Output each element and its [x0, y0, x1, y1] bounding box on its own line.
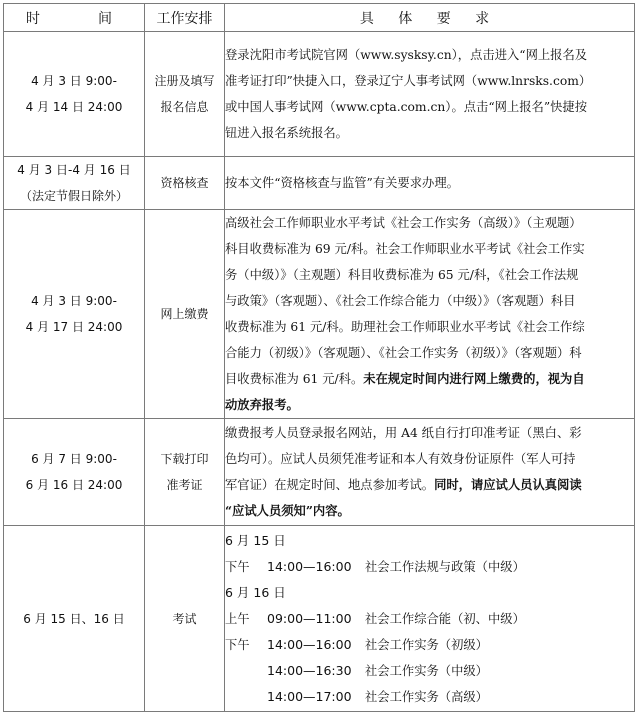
- details-cell: 缴费报考人员登录报名网站，用 A4 纸自行打印准考证（黑白、彩 色均可）。应试人…: [225, 419, 635, 526]
- time-cell: 4 月 3 日 9:00- 4 月 17 日 24:00: [4, 210, 145, 419]
- details-notice-text: “应试人员须知”内容。: [225, 498, 634, 524]
- time-line: 4 月 3 日-4 月 16 日: [4, 157, 144, 183]
- details-line: 军官证）在规定时间、地点参加考试。同时，请应试人员认真阅读: [225, 472, 634, 498]
- time-line: 6 月 15 日、16 日: [4, 606, 144, 632]
- header-details: 具 体 要 求: [225, 4, 635, 32]
- details-text: 目收费标准为 61 元/科。: [225, 372, 363, 386]
- table-row: 4 月 3 日 9:00- 4 月 14 日 24:00 注册及填写 报名信息 …: [4, 32, 635, 157]
- exam-subject: 社会工作实务（中级）: [365, 658, 488, 684]
- time-cell: 6 月 7 日 9:00- 6 月 16 日 24:00: [4, 419, 145, 526]
- details-line: 务（中级）》（主观题）科目收费标准为 65 元/科，《社会工作法规: [225, 262, 634, 288]
- exam-period: [225, 684, 267, 710]
- task-line: 资格核查: [145, 170, 224, 196]
- exam-time: 14:00—16:30: [267, 658, 365, 684]
- exam-session: 下午 14:00—16:00 社会工作实务（初级）: [225, 632, 634, 658]
- exam-period: [225, 658, 267, 684]
- header-time-label: 时 间: [26, 11, 122, 27]
- details-line: 或中国人事考试网（www.cpta.com.cn）。点击“网上报名”快捷按: [225, 94, 634, 120]
- exam-time: 14:00—17:00: [267, 684, 365, 710]
- exam-schedule-cell: 6 月 15 日 下午 14:00—16:00 社会工作法规与政策（中级） 6 …: [225, 526, 635, 712]
- details-cell: 高级社会工作师职业水平考试《社会工作实务（高级）》（主观题） 科目收费标准为 6…: [225, 210, 635, 419]
- task-cell: 注册及填写 报名信息: [145, 32, 225, 157]
- time-line: 6 月 16 日 24:00: [4, 472, 144, 498]
- exam-session: 14:00—16:30 社会工作实务（中级）: [225, 658, 634, 684]
- exam-subject: 社会工作法规与政策（中级）: [365, 554, 525, 580]
- task-cell: 网上缴费: [145, 210, 225, 419]
- header-details-label: 具 体 要 求: [360, 11, 499, 27]
- time-line: 4 月 3 日 9:00-: [4, 68, 144, 94]
- exam-subject: 社会工作综合能（初、中级）: [365, 606, 525, 632]
- task-line: 注册及填写: [145, 68, 224, 94]
- exam-time: 14:00—16:00: [267, 554, 365, 580]
- task-line: 下载打印: [145, 446, 224, 472]
- time-line: 4 月 17 日 24:00: [4, 314, 144, 340]
- header-task-label: 工作安排: [157, 11, 213, 27]
- time-line: （法定节假日除外）: [4, 183, 144, 209]
- details-line: 钮进入报名系统报名。: [225, 120, 634, 146]
- exam-session: 14:00—17:00 社会工作实务（高级）: [225, 684, 634, 710]
- details-line: 合能力（初级）》（客观题）、《社会工作实务（初级）》（客观题）科: [225, 340, 634, 366]
- task-line: 网上缴费: [145, 301, 224, 327]
- details-line: 缴费报考人员登录报名网站，用 A4 纸自行打印准考证（黑白、彩: [225, 420, 634, 446]
- task-line: 考试: [145, 606, 224, 632]
- exam-session: 上午 09:00—11:00 社会工作综合能（初、中级）: [225, 606, 634, 632]
- details-line: 收费标准为 61 元/科。助理社会工作师职业水平考试《社会工作综: [225, 314, 634, 340]
- details-line: 登录沈阳市考试院官网（www.sysksy.cn），点击进入“网上报名及: [225, 42, 634, 68]
- details-cell: 登录沈阳市考试院官网（www.sysksy.cn），点击进入“网上报名及 准考证…: [225, 32, 635, 157]
- details-line: 高级社会工作师职业水平考试《社会工作实务（高级）》（主观题）: [225, 210, 634, 236]
- task-line: 准考证: [145, 472, 224, 498]
- table-row: 4 月 3 日 9:00- 4 月 17 日 24:00 网上缴费 高级社会工作…: [4, 210, 635, 419]
- exam-date: 6 月 15 日: [225, 528, 634, 554]
- table-row: 6 月 7 日 9:00- 6 月 16 日 24:00 下载打印 准考证 缴费…: [4, 419, 635, 526]
- header-task: 工作安排: [145, 4, 225, 32]
- details-text: 军官证）在规定时间、地点参加考试。: [225, 478, 434, 492]
- exam-period: 下午: [225, 632, 267, 658]
- details-cell: 按本文件“资格核查与监管”有关要求办理。: [225, 157, 635, 210]
- table-row: 6 月 15 日、16 日 考试 6 月 15 日 下午 14:00—16:00…: [4, 526, 635, 712]
- exam-schedule-table: 时 间 工作安排 具 体 要 求 4 月 3 日 9:00- 4 月 14 日 …: [3, 3, 635, 712]
- exam-date: 6 月 16 日: [225, 580, 634, 606]
- exam-period: 下午: [225, 554, 267, 580]
- table-header-row: 时 间 工作安排 具 体 要 求: [4, 4, 635, 32]
- time-line: 4 月 14 日 24:00: [4, 94, 144, 120]
- task-cell: 资格核查: [145, 157, 225, 210]
- details-line: 按本文件“资格核查与监管”有关要求办理。: [225, 170, 634, 196]
- exam-time: 14:00—16:00: [267, 632, 365, 658]
- task-line: 报名信息: [145, 94, 224, 120]
- table-row: 4 月 3 日-4 月 16 日 （法定节假日除外） 资格核查 按本文件“资格核…: [4, 157, 635, 210]
- details-line: 色均可）。应试人员须凭准考证和本人有效身份证原件（军人可持: [225, 446, 634, 472]
- details-warning-text: 动放弃报考。: [225, 392, 634, 418]
- task-cell: 下载打印 准考证: [145, 419, 225, 526]
- exam-session: 下午 14:00—16:00 社会工作法规与政策（中级）: [225, 554, 634, 580]
- time-cell: 6 月 15 日、16 日: [4, 526, 145, 712]
- time-cell: 4 月 3 日 9:00- 4 月 14 日 24:00: [4, 32, 145, 157]
- exam-period: 上午: [225, 606, 267, 632]
- time-line: 4 月 3 日 9:00-: [4, 288, 144, 314]
- task-cell: 考试: [145, 526, 225, 712]
- exam-subject: 社会工作实务（高级）: [365, 684, 488, 710]
- time-cell: 4 月 3 日-4 月 16 日 （法定节假日除外）: [4, 157, 145, 210]
- details-warning-text: 未在规定时间内进行网上缴费的，视为自: [363, 371, 584, 386]
- header-time: 时 间: [4, 4, 145, 32]
- exam-time: 09:00—11:00: [267, 606, 365, 632]
- exam-subject: 社会工作实务（初级）: [365, 632, 488, 658]
- details-line: 准考证打印”快捷入口，登录辽宁人事考试网（www.lnrsks.com）: [225, 68, 634, 94]
- details-line: 科目收费标准为 69 元/科。社会工作师职业水平考试《社会工作实: [225, 236, 634, 262]
- details-line: 与政策》（客观题）、《社会工作综合能力（中级）》（客观题）科目: [225, 288, 634, 314]
- details-line: 目收费标准为 61 元/科。未在规定时间内进行网上缴费的，视为自: [225, 366, 634, 392]
- details-notice-text: 同时，请应试人员认真阅读: [434, 477, 582, 492]
- time-line: 6 月 7 日 9:00-: [4, 446, 144, 472]
